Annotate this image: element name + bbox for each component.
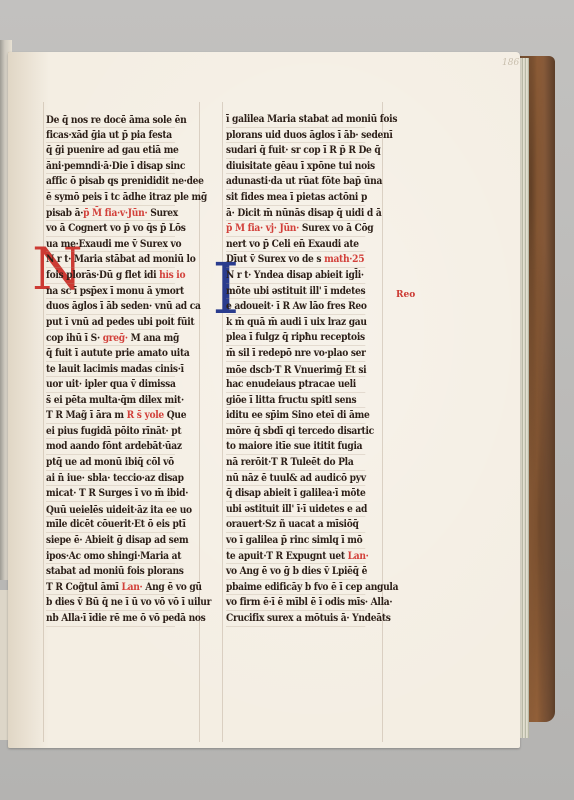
text-line: ipos·Ac omo shingi·Maria at [46, 549, 175, 565]
text-line: m̄ sil ī redepō nre vo·plao ser [226, 346, 365, 362]
text-line: ē symō peis ī tc ādhe itraz ple mḡ [46, 190, 175, 206]
text-line: Crucifix surex a mōtuis ā· Yndeāts [226, 611, 365, 627]
text-line: affic ō pisab qs prenididit ne·dee [46, 174, 175, 190]
text-line: Dīut v̄ Surex vo de s math·25 [226, 252, 365, 268]
rubric: greḡ· [103, 332, 128, 344]
text-line: siepe ē· Abieit ḡ disap ad sem [46, 533, 175, 549]
text-line: ā· Dicit m̄ nūnās disap q̄ uidi d ā [226, 206, 365, 222]
ruling-line [43, 102, 44, 742]
text-line: N r t· Maria stābat ad moniū lo [46, 252, 175, 268]
text-line: ptq̄ ue ad monū ibiq̄ cōl vō [46, 455, 175, 471]
text-line: ficas·xād ḡia ut p̄ pia festa [46, 128, 175, 144]
text-line: q̄ disap abieit ī galilea·ī mōte [226, 486, 365, 502]
text-column-b: I Reo ī galilea Maria stabat ad moniū fo… [226, 112, 388, 627]
text-line: ī galilea Maria stabat ad moniū fois [226, 112, 365, 128]
text-line: plea ī fulgz q̄ ripħu receptois [226, 330, 365, 346]
text-line: giōe ī litta fructu spitl sens [226, 393, 365, 409]
text-line: put ī vnū ad pedes ubi poit fūit [46, 315, 175, 331]
text-line: duos āglos ī āb seden· vnū ad ca [46, 299, 175, 315]
text-line: vo ī galilea p̄ rinc simlq ī mō [226, 533, 365, 549]
facing-page-bottom-edge [0, 590, 8, 740]
text-line: stabat ad moniū fois plorans [46, 564, 175, 580]
folio-number: 186 [502, 58, 519, 68]
rubric: p̄ M̄ fia·v·Jūn· [83, 207, 147, 219]
text-line: āni·pemndi·ā·Die ī disap sinc [46, 159, 175, 175]
text-line: e adoueit· ī R Aw lāo fres Reo [226, 299, 365, 315]
text-line: k m̄ quā m̄ audi ī uix lraz gau [226, 315, 365, 331]
text-line: vo ā Cognert vo p̄ vo q̄s p̄ Lōs [46, 221, 175, 237]
text-line: iditu ee sp̄im Sino eteī di āme [226, 408, 365, 424]
rubric: math·25 [324, 253, 364, 265]
text-line: mōre q̄ sbdī qi tercedo disartic [226, 424, 365, 440]
text-line: nū nāz ē tuul& ad audicō pyv [226, 471, 365, 487]
text-line: T R Cog̃tul āmī Lan· Ang ē vo gū [46, 580, 175, 596]
text-line: na sc ī psp̄ex ī monu ā ymort [46, 284, 175, 300]
text-column-a: N De q̄ nos re docē āma sole ēnficas·xād… [46, 112, 196, 627]
text-line: mōte ubi əstituit ill' ī mdetes [226, 284, 365, 300]
text-line: nb Alla·ī īdie rē me ō vō pedā nos [46, 611, 175, 627]
text-line: pbaime edificāy b fvo ē ī cep angula [226, 580, 365, 596]
rubric: Lan· [122, 581, 143, 593]
text-line: p̄ M fia· vj· Jūn· Surex vo ā Cōg [226, 221, 365, 237]
text-line: N r t· Yndea disap abieit igl̄i· [226, 268, 365, 284]
text-line: s̄ ei pēta multa·q̄m dilex mit· [46, 393, 175, 409]
text-line: hac enudeiaus ptracae ueli [226, 377, 365, 393]
text-line: nā rerōit·T R Tuleēt do Pla [226, 455, 365, 471]
text-line: ai n̄ iue· sbla· teccio·az disap [46, 471, 175, 487]
text-line: micat· T R Surges ī vo m̄ ibid· [46, 486, 175, 502]
rubric: hi̇s io [159, 269, 185, 281]
rubric: p̄ M fia· vj· Jūn· [226, 222, 299, 234]
rubric: Lan· [348, 550, 369, 562]
text-line: plorans uid duos āglos ī āb· sedenī [226, 128, 365, 144]
text-line: T R Mag̃ ī āra m R s̄ yole Que [46, 408, 175, 424]
text-line: Quū ueielēs uideit·āz ita ee uo [46, 502, 175, 518]
text-line: fois plorās·Dū g flet idi hi̇s io [46, 268, 175, 284]
text-line: orauert·Sz ñ uacat a mīsiōq̄ [226, 517, 365, 533]
text-line: diuisitate gēau ī xpōne tui nois [226, 159, 365, 175]
text-line: uor uit· ipler qua v̄ dimissa [46, 377, 175, 393]
text-line: sudari q̄ fuit· sr cop ī R p̄ R De q̄ [226, 143, 365, 159]
text-line: nert vo p̄ Celi en̄ Exaudi ate [226, 237, 365, 253]
text-line: mod aando fōnt ardebāt·ūaz [46, 439, 175, 455]
text-line: ubi əstituit ill' ī·ī uidetes e ad [226, 502, 365, 518]
margin-note: Reo [396, 290, 415, 300]
rubric: R s̄ yole [127, 409, 164, 421]
text-line: cop ihū ī S· greḡ· M ana mḡ [46, 330, 175, 346]
text-line: ua me·Exaudi me v̄ Surex vo [46, 237, 175, 253]
text-line: mōe dscb·T R Vnuerimḡ Et si [226, 362, 365, 378]
text-line: vo Ang ē vo ḡ b dies v̄ Lpiēq̄ ē [226, 564, 365, 580]
ruling-line [222, 102, 223, 742]
text-line: ei pius fugidā pōito rīnāt· pt [46, 424, 175, 440]
text-line: te lauit lacimis madas cinis·ī [46, 362, 175, 378]
text-line: b dies v̄ Bū q̄ ne ī ū vo vō vō ī uilur [46, 595, 175, 611]
text-line: De q̄ nos re docē āma sole ēn [46, 112, 175, 128]
text-line: to maiore itīe sue ititit fugia [226, 439, 365, 455]
text-line: adunasti·da ut rūat fōte bap̄ ūna [226, 174, 365, 190]
text-line: sit fides mea ī pietas actōni p [226, 190, 365, 206]
text-line: mīle dicēt cōuerit·Et ō eis ptī [46, 517, 175, 533]
text-line: q̄ ḡi puenire ad gau etiā me [46, 143, 175, 159]
text-line: vo firm ē·ī ē mībl ē ī odis mīs· Alla· [226, 595, 365, 611]
manuscript-page: 186 N De q̄ nos re docē āma sole ēnficas… [8, 52, 520, 748]
text-line: pisab ā·p̄ M̄ fia·v·Jūn· Surex [46, 206, 175, 222]
text-line: te apuit·T R Expugnt uet Lan· [226, 549, 365, 565]
text-line: q̄ fuit ī autute prie amato uita [46, 346, 175, 362]
